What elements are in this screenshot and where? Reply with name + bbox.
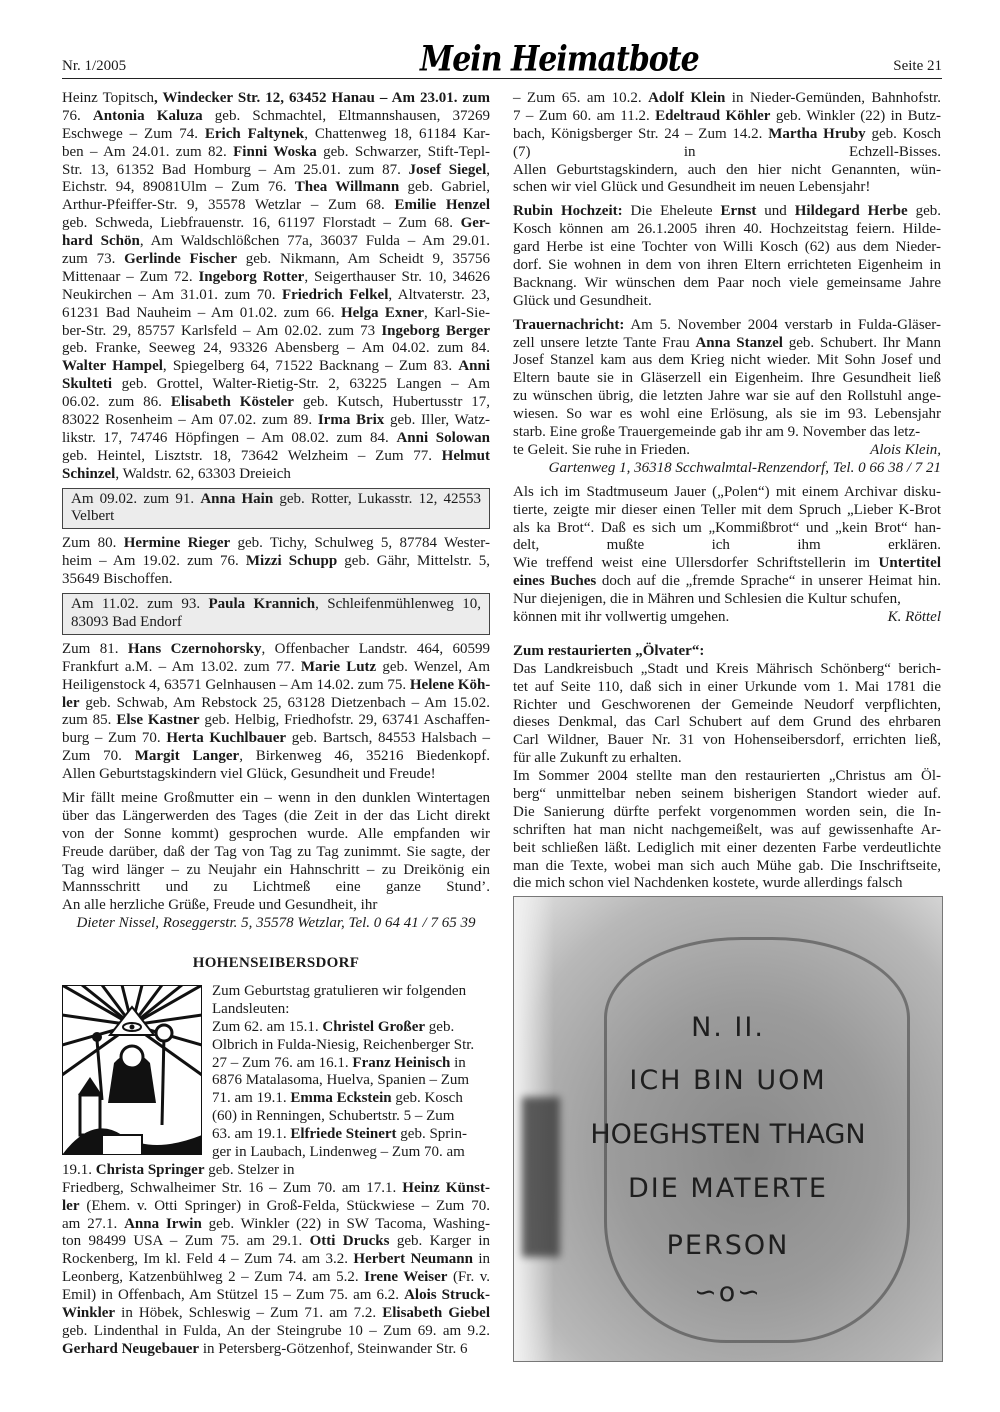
text-line: ler geb. Schwab, Am Rebstock 25, 63128 D… bbox=[62, 695, 490, 713]
text-line: zell unsere letzte Tante Frau Anna Stanz… bbox=[513, 335, 941, 353]
text-line: Mir fällt meine Großmutter ein – wenn in… bbox=[62, 790, 490, 808]
text-line: zum 73. Gerlinde Fischer geb. Nikmann, A… bbox=[62, 251, 490, 269]
text-line: 76. Antonia Kaluza geb. Schmachtel, Eltm… bbox=[62, 108, 490, 126]
text-line: geb. Lindenthal in Fulda, An der Steingr… bbox=[62, 1323, 490, 1341]
text-line: Am 09.02. zum 91. Anna Hain geb. Rotter,… bbox=[71, 491, 481, 509]
jauer-last-line: können mit ihr vollwertig umgehen. K. Rö… bbox=[513, 609, 941, 627]
text-line: schen wir viel Glück und Gesundheit im n… bbox=[513, 179, 941, 197]
ruby-wedding-notice: Rubin Hochzeit: Die Eheleute Ernst und H… bbox=[513, 203, 941, 310]
text-line: 19.1. Christa Springer geb. Stelzer in bbox=[62, 1162, 340, 1180]
text-line: Am 11.02. zum 93. Paula Krannich, Schlei… bbox=[71, 596, 481, 614]
text-line: Josef Stanzel kam aus dem Krieg nicht wi… bbox=[513, 352, 941, 370]
text-line: Heinz Topitsch, Windecker Str. 12, 63452… bbox=[62, 90, 490, 108]
text-line: 7 – Zum 60. am 11.2. Edeltraud Köhler ge… bbox=[513, 108, 941, 126]
text-line: Eschwege – Zum 74. Erich Faltynek, Chatt… bbox=[62, 126, 490, 144]
grandmother-story: Mir fällt meine Großmutter ein – wenn in… bbox=[62, 790, 490, 915]
woodcut-saint-icon bbox=[62, 985, 202, 1155]
text-line: Velbert bbox=[71, 508, 481, 526]
text-line: als ka Brot“. Daß es sich um „Kommißbrot… bbox=[513, 520, 941, 538]
inscription-line-3: HOEGHSTEN THAGN bbox=[514, 1119, 942, 1150]
text-line: Die Sanierung dürfte perfekt vorgenommen… bbox=[513, 804, 941, 822]
text-line: Gerhard Neugebauer in Petersberg-Götzenh… bbox=[62, 1341, 490, 1359]
text-line: Carl Wildner, Bauer Nr. 31 von Hohenseib… bbox=[513, 732, 941, 750]
text-line: Als ich im Stadtmuseum Jauer („Polen“) m… bbox=[513, 484, 941, 502]
text-line: schriften hat man nicht nachgemeißelt, w… bbox=[513, 822, 941, 840]
text-line: Heiligenstock 4, 63571 Gelnhausen – Am 1… bbox=[62, 677, 490, 695]
hohenseibersdorf-full-text: Friedberg, Schwalheimer Str. 16 – Zum 70… bbox=[62, 1180, 490, 1359]
text-line: Winkler in Höbek, Schleswig – Zum 71. am… bbox=[62, 1305, 490, 1323]
text-line: Eichstr. 94, 89081Ulm – Zum 76. Thea Wil… bbox=[62, 179, 490, 197]
hohenseibersdorf-section: Zum Geburtstag gratulieren wir folgenden… bbox=[62, 983, 490, 1359]
text-line: Nur diejenigen, die in Mähren und Schles… bbox=[513, 591, 941, 609]
text-line: über das Längerwerden des Tages (die Zei… bbox=[62, 808, 490, 826]
text-line: 61231 Bad Nauheim – Am 01.02. zum 66. He… bbox=[62, 305, 490, 323]
text-line: Rockenberg, Im kl. Feld 4 – Zum 74. am 3… bbox=[62, 1251, 490, 1269]
text-line: beit schließen läßt. Lediglich mit einer… bbox=[513, 840, 941, 858]
text-line: zum 85. Else Kastner geb. Helbig, Friedh… bbox=[62, 712, 490, 730]
text-line: Frankfurt a.M. – Am 13.02. zum 77. Marie… bbox=[62, 659, 490, 677]
text-line: Richter und Geschworenen der Gemeinde Ne… bbox=[513, 697, 941, 715]
jauer-museum-note: Als ich im Stadtmuseum Jauer („Polen“) m… bbox=[513, 484, 941, 609]
text-line: bach, Königsberger Str. 24 – Zum 14.2. M… bbox=[513, 126, 941, 144]
text-line: Skulteti geb. Grottel, Walter-Rietig-Str… bbox=[62, 376, 490, 394]
text-line: Eltern baute sie in Gläserzell ein Eigen… bbox=[513, 370, 941, 388]
text-line: berg“ unmittelbar neben seinem bisherige… bbox=[513, 786, 941, 804]
text-line: delt, mußte ich ihm erklären. bbox=[513, 537, 941, 555]
signature-dieter-nissel: Dieter Nissel, Roseggerstr. 5, 35578 Wet… bbox=[62, 915, 490, 933]
issue-number: Nr. 1/2005 bbox=[62, 58, 126, 75]
text-line: Schinzel, Waldstr. 62, 63303 Dreieich bbox=[62, 466, 490, 484]
obituary-last-line: te Geleit. Sie ruhe in Frieden. Alois Kl… bbox=[513, 442, 941, 460]
birthday-list-continued: – Zum 65. am 10.2. Adolf Klein in Nieder… bbox=[513, 90, 941, 197]
section-title-hohenseibersdorf: HOHENSEIBERSDORF bbox=[62, 955, 490, 973]
text-line: geb. Franke, Seeweg 24, 93326 Abensberg … bbox=[62, 340, 490, 358]
inscription-line-4: DIE MATERTE bbox=[514, 1173, 942, 1204]
text-line: 06.02. zum 86. Elisabeth Kösteler geb. K… bbox=[62, 394, 490, 412]
highlight-box-paula-krannich: Am 11.02. zum 93. Paula Krannich, Schlei… bbox=[62, 593, 490, 635]
text-line: likstr. 17, 74746 Höpfingen – Am 08.02. … bbox=[62, 430, 490, 448]
text-line: Str. 13, 61352 Bad Homburg – Am 25.01. z… bbox=[62, 162, 490, 180]
text-line: Arthur-Pfeiffer-Str. 9, 35578 Wetzlar – … bbox=[62, 197, 490, 215]
birthday-list-1: Heinz Topitsch, Windecker Str. 12, 63452… bbox=[62, 90, 490, 484]
text-line: ber-Str. 29, 85757 Karlsfeld – Am 02.02.… bbox=[62, 323, 490, 341]
left-column: Heinz Topitsch, Windecker Str. 12, 63452… bbox=[62, 90, 490, 1359]
text-line: heim – Am 19.02. zum 76. Mizzi Schupp ge… bbox=[62, 553, 490, 571]
text-line: Backnang. Wir wünschen dem Paar noch vie… bbox=[513, 275, 941, 293]
text-line: Zum 80. Hermine Rieger geb. Tichy, Schul… bbox=[62, 535, 490, 553]
text-line: für alle Zukunft zu erhalten. bbox=[513, 750, 941, 768]
text-line: Mittenaar – Zum 72. Ingeborg Rotter, Sei… bbox=[62, 269, 490, 287]
section-title-oelvater: Zum restaurierten „Ölvater“: bbox=[513, 643, 941, 661]
text-line: ler (Ehem. v. Otti Springer) in Groß-Fel… bbox=[62, 1198, 490, 1216]
text-line: zu wünschen übrig, die letzten Jahre war… bbox=[513, 388, 941, 406]
text-line: Walter Hampel, Spiegelberg 64, 71522 Bac… bbox=[62, 358, 490, 376]
text-line: Wie treffend weist eine Ullersdorfer Sch… bbox=[513, 555, 941, 573]
text-line: 83093 Bad Endorf bbox=[71, 614, 481, 632]
inscription-line-2: ICH BIN UOM bbox=[514, 1065, 942, 1096]
text-line: geb. Schweda, Liebfrauenstr. 16, 61197 F… bbox=[62, 215, 490, 233]
text-line: Glück und Gesundheit. bbox=[513, 293, 941, 311]
text-line: Rubin Hochzeit: Die Eheleute Ernst und H… bbox=[513, 203, 941, 221]
page-number: Seite 21 bbox=[893, 58, 942, 75]
text-line: ben – Am 24.01. zum 82. Finni Woska geb.… bbox=[62, 144, 490, 162]
text-line: dieses Denkmal, das Carl Schubert auf de… bbox=[513, 714, 941, 732]
text-line: eines Buches doch auf die „fremde Sprach… bbox=[513, 573, 941, 591]
text-line: tierte, zeigte mir dieser einen Teller m… bbox=[513, 502, 941, 520]
inscription-line-1: N. II. bbox=[514, 1012, 942, 1043]
text-line: Friedberg, Schwalheimer Str. 16 – Zum 70… bbox=[62, 1180, 490, 1198]
birthday-list-3: Zum 81. Hans Czernohorsky, Offenbacher L… bbox=[62, 641, 490, 784]
text-line: Mannsschritt und zu Lichtmeß eine ganze … bbox=[62, 879, 490, 897]
text-line: Zum 70. Margit Langer, Birkenweg 46, 352… bbox=[62, 748, 490, 766]
text-line: ton 98499 USA – Zum 75. am 29.1. Otti Dr… bbox=[62, 1233, 490, 1251]
woodcut-illustration bbox=[62, 985, 202, 1155]
text-line: gard Herbe ist eine Tochter von Willi Ko… bbox=[513, 239, 941, 257]
signature-k-roettel: K. Röttel bbox=[888, 609, 941, 627]
inscription-line-5: PERSON bbox=[514, 1230, 942, 1261]
text-line: Emil) in Offenbach, Am Stützel 15 – Zum … bbox=[62, 1287, 490, 1305]
text-line: hard Schön, Am Waldschlößchen 77a, 36037… bbox=[62, 233, 490, 251]
text-line: Im Sommer 2004 stellte man den restaurie… bbox=[513, 768, 941, 786]
highlight-box-anna-hain: Am 09.02. zum 91. Anna Hain geb. Rotter,… bbox=[62, 488, 490, 530]
right-column: – Zum 65. am 10.2. Adolf Klein in Nieder… bbox=[513, 90, 941, 893]
text-line: – Zum 65. am 10.2. Adolf Klein in Nieder… bbox=[513, 90, 941, 108]
text-line: Zum 81. Hans Czernohorsky, Offenbacher L… bbox=[62, 641, 490, 659]
text-line: die mich schon viel Nachdenken kostete, … bbox=[513, 875, 941, 893]
text-line: Trauernachricht: Am 5. November 2004 ver… bbox=[513, 317, 941, 335]
signature-address-alois-klein: Gartenweg 1, 36318 Scchwalmtal-Renzendor… bbox=[513, 460, 941, 478]
text-line: Freude darüber, daß der Tag von Tag zu T… bbox=[62, 844, 490, 862]
text-line: 83022 Rosenheim – Am 07.02. zum 89. Irma… bbox=[62, 412, 490, 430]
text-line: (7) in Echzell-Bisses. bbox=[513, 144, 941, 162]
text-line: burg – Zum 70. Herta Kuchlbauer geb. Bar… bbox=[62, 730, 490, 748]
text-line: Tag wird länger – zu Neujahr ein Hahnsch… bbox=[62, 862, 490, 880]
inscription-ornament: ∽o∽ bbox=[514, 1277, 942, 1308]
text-line: An alle herzliche Grüße, Freude und Gesu… bbox=[62, 897, 490, 915]
text-line: man die Texte, wobei man sich auch Mühe … bbox=[513, 858, 941, 876]
text-line: starb. Eine große Trauergemeinde gab ihr… bbox=[513, 424, 941, 442]
header-rule bbox=[62, 78, 942, 79]
text-line: tet auf Seite 110, daß sich in einer Urk… bbox=[513, 679, 941, 697]
text-line: von der Sonne kommt) gesprochen wurde. A… bbox=[62, 826, 490, 844]
text-line: Allen Geburtstagskindern, auch den hier … bbox=[513, 162, 941, 180]
text-line: geb. Heintel, Lisztstr. 18, 73642 Welzhe… bbox=[62, 448, 490, 466]
signature-alois-klein: Alois Klein, bbox=[870, 442, 941, 460]
oelvater-paragraph-2: Im Sommer 2004 stellte man den restaurie… bbox=[513, 768, 941, 893]
text-line: Kosch können am 26.1.2005 ihren 40. Hoch… bbox=[513, 221, 941, 239]
birthday-list-2: Zum 80. Hermine Rieger geb. Tichy, Schul… bbox=[62, 535, 490, 589]
oelvater-paragraph-1: Das Landkreisbuch „Stadt und Kreis Mähri… bbox=[513, 661, 941, 768]
text-line: am 27.1. Anna Irwin geb. Winkler (22) in… bbox=[62, 1216, 490, 1234]
text-line: Leonberg, Katzenbühlweg 2 – Zum 74. am 5… bbox=[62, 1269, 490, 1287]
text-line: wiesen. So war es wohl eine Erlösung, al… bbox=[513, 406, 941, 424]
text-line: Neukirchen – Am 31.01. zum 70. Friedrich… bbox=[62, 287, 490, 305]
text-line: 35649 Bischoffen. bbox=[62, 571, 490, 589]
text-line: Allen Geburtstagskindern viel Glück, Ges… bbox=[62, 766, 490, 784]
stone-inscription-photo: N. II. ICH BIN UOM HOEGHSTEN THAGN DIE M… bbox=[513, 896, 943, 1362]
masthead-logo: Mein Heimatbote bbox=[420, 39, 699, 79]
text-line: dorf. Sie wohnen in dem von ihren Eltern… bbox=[513, 257, 941, 275]
obituary-notice: Trauernachricht: Am 5. November 2004 ver… bbox=[513, 317, 941, 442]
text-line: Das Landkreisbuch „Stadt und Kreis Mähri… bbox=[513, 661, 941, 679]
